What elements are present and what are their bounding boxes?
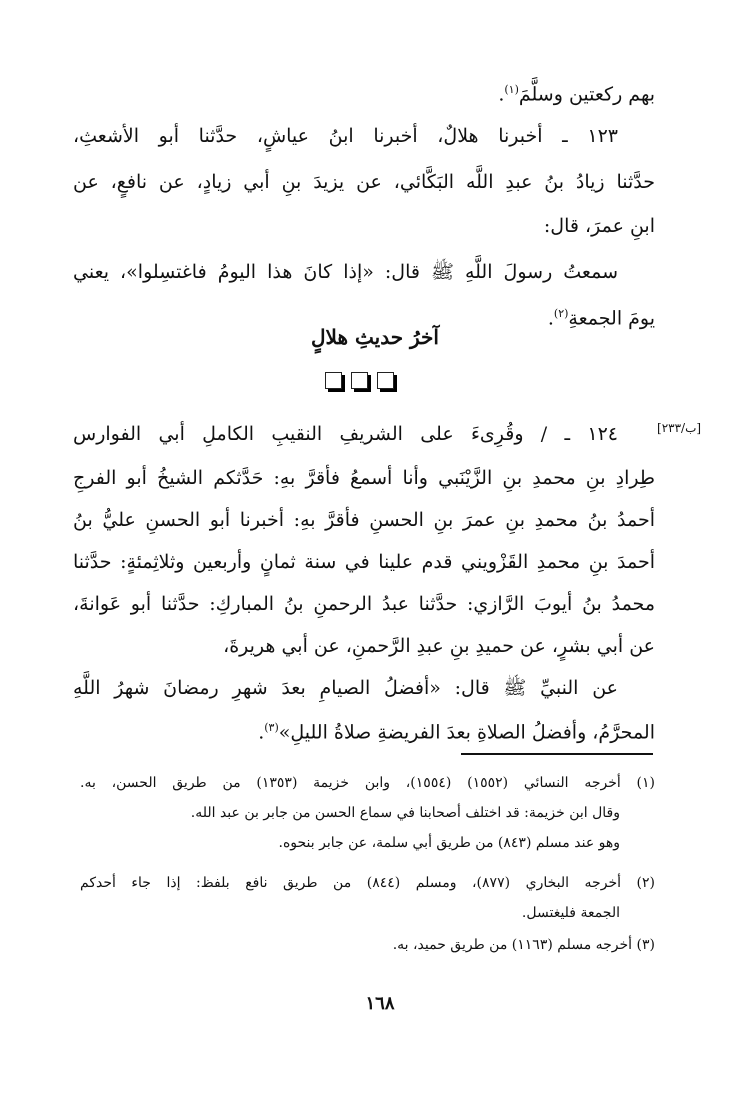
footnote-ref: (٢) <box>554 307 569 320</box>
body-line: أحمدُ بنُ محمدِ بنِ عمرَ بنِ الحسنِ فأقر… <box>73 506 655 534</box>
body-line: ١٢٤ ـ / وقُرِىءَ على الشريفِ النقيبِ الك… <box>73 420 618 448</box>
box-ornament-icon <box>325 372 342 389</box>
body-line: حدَّثنا زيادُ بنُ عبدِ اللَّه البَكَّائي… <box>73 168 655 196</box>
box-ornament-icon <box>377 372 394 389</box>
body-line: محمدُ بنُ أيوبَ الرَّازي: حدَّثنا عبدُ ا… <box>73 590 655 618</box>
text: بهم ركعتين وسلَّمَ <box>519 83 655 105</box>
manuscript-folio-note: [ب/٢٣٣] <box>657 421 701 435</box>
footnote-line: الجمعة فليغتسل. <box>80 902 620 924</box>
body-line: ابنِ عمرَ، قال: <box>73 212 655 240</box>
text: المحرَّمُ، وأفضلُ الصلاةِ بعدَ الفريضةِ … <box>279 721 655 743</box>
section-heading: آخرُ حديثِ هلالٍ <box>250 325 500 349</box>
footnote-line: (٢) أخرجه البخاري (٨٧٧)، ومسلم (٨٤٤) من … <box>80 872 655 894</box>
body-line: سمعتُ رسولَ اللَّهِ ﷺ قال: «إذا كانَ هذا… <box>73 258 618 286</box>
body-line: المحرَّمُ، وأفضلُ الصلاةِ بعدَ الفريضةِ … <box>73 714 655 746</box>
footnote-line: (٣) أخرجه مسلم (١١٦٣) من طريق حميد، به. <box>80 934 655 956</box>
body-line: ١٢٣ ـ أخبرنا هلالٌ، أخبرنا ابنُ عياشٍ، ح… <box>73 122 618 150</box>
body-line: عن أبي بشرٍ، عن حميدِ بنِ عبدِ الرَّحمنِ… <box>73 632 655 660</box>
footnote-line: (١) أخرجه النسائي (١٥٥٢) (١٥٥٤)، وابن خز… <box>80 772 655 794</box>
body-line: طِرادِ بنِ محمدِ بنِ الزَّيْنَبي وأنا أس… <box>73 464 655 492</box>
footnote-line: وهو عند مسلم (٨٤٣) من طريق أبي سلمة، عن … <box>80 832 620 854</box>
body-line: بهم ركعتين وسلَّمَ(١). <box>73 76 655 108</box>
footnote-separator <box>461 753 653 755</box>
page-number: ١٦٨ <box>330 993 430 1014</box>
section-divider-boxes <box>325 372 405 394</box>
body-line: عن النبيِّ ﷺ قال: «أفضلُ الصيامِ بعدَ شه… <box>73 674 618 702</box>
footnote-line: وقال ابن خزيمة: قد اختلف أصحابنا في سماع… <box>80 802 620 824</box>
box-ornament-icon <box>351 372 368 389</box>
book-page: بهم ركعتين وسلَّمَ(١). ١٢٣ ـ أخبرنا هلال… <box>0 0 753 1101</box>
footnote-ref: (٣) <box>264 721 279 734</box>
footnote-ref: (١) <box>504 83 519 96</box>
body-line: أحمدَ بنِ محمدِ القَزْويني قدم علينا في … <box>73 548 655 576</box>
text: يومَ الجمعةِ <box>568 307 655 329</box>
